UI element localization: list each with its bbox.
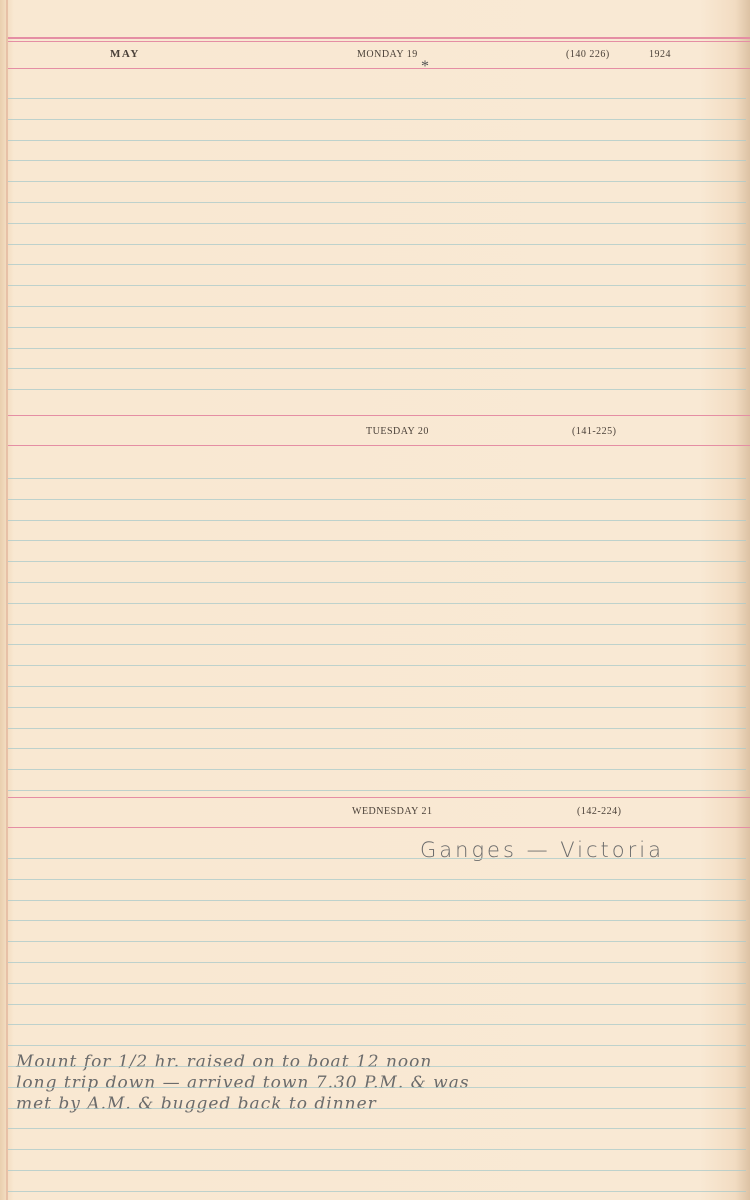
header-rule-bottom [8,68,750,69]
ruled-line [8,1004,746,1005]
day-numbers-monday: (140 226) [566,49,610,60]
ruled-line [8,368,746,369]
ruled-line [8,306,746,307]
day-numbers-tuesday: (141-225) [572,426,617,437]
ruled-line [8,962,746,963]
header-rule-top [8,37,750,39]
ruled-line [8,1191,746,1192]
wednesday-rule-top [8,797,750,798]
ruled-line [8,244,746,245]
handwritten-entry-line: long trip down — arrived town 7.30 P.M. … [16,1073,470,1093]
ruled-line [8,728,746,729]
handwritten-entry-line: met by A.M. & bugged back to dinner [16,1094,377,1114]
year-label: 1924 [649,49,671,60]
wednesday-rule-bottom [8,827,750,828]
ruled-line [8,1170,746,1171]
ruled-line [8,285,746,286]
ruled-line [8,920,746,921]
day-label-monday: MONDAY 19 [357,49,418,60]
ruled-line [8,983,746,984]
ruled-line [8,561,746,562]
ruled-line [8,941,746,942]
ruled-line [8,900,746,901]
diary-page: MAY MONDAY 19 (140 226) 1924 * TUESDAY 2… [0,0,750,1200]
ruled-line [8,389,746,390]
ruled-line [8,540,746,541]
asterisk-mark: * [421,58,429,76]
ruled-line [8,624,746,625]
day-label-wednesday: WEDNESDAY 21 [352,806,433,817]
ruled-line [8,478,746,479]
ruled-line [8,1128,746,1129]
ruled-line [8,499,746,500]
ruled-line [8,327,746,328]
ruled-line [8,1045,746,1046]
ruled-line [8,879,746,880]
ruled-line [8,98,746,99]
ruled-line [8,1066,746,1067]
ruled-line [8,202,746,203]
ruled-line [8,644,746,645]
ruled-line [8,1087,746,1088]
ruled-line [8,160,746,161]
ruled-line [8,686,746,687]
ruled-line [8,748,746,749]
ruled-line [8,348,746,349]
ruled-line [8,790,746,791]
ruled-line [8,1024,746,1025]
ruled-line [8,858,746,859]
ruled-line [8,520,746,521]
ruled-line [8,223,746,224]
month-label: MAY [110,48,140,60]
ruled-line [8,1149,746,1150]
ruled-line [8,707,746,708]
day-numbers-wednesday: (142-224) [577,806,622,817]
handwritten-entry-line: Mount for 1/2 hr. raised on to boat 12 n… [16,1052,432,1072]
ruled-line [8,140,746,141]
day-label-tuesday: TUESDAY 20 [366,426,429,437]
tuesday-rule-bottom [8,445,750,446]
tuesday-rule-top [8,415,750,416]
ruled-line [8,603,746,604]
binding-edge [6,0,8,1200]
ruled-line [8,1108,746,1109]
ruled-line [8,665,746,666]
ruled-line [8,119,746,120]
ruled-line [8,264,746,265]
header-rule-top-inner [8,41,750,42]
ruled-line [8,181,746,182]
ruled-line [8,769,746,770]
ruled-line [8,582,746,583]
